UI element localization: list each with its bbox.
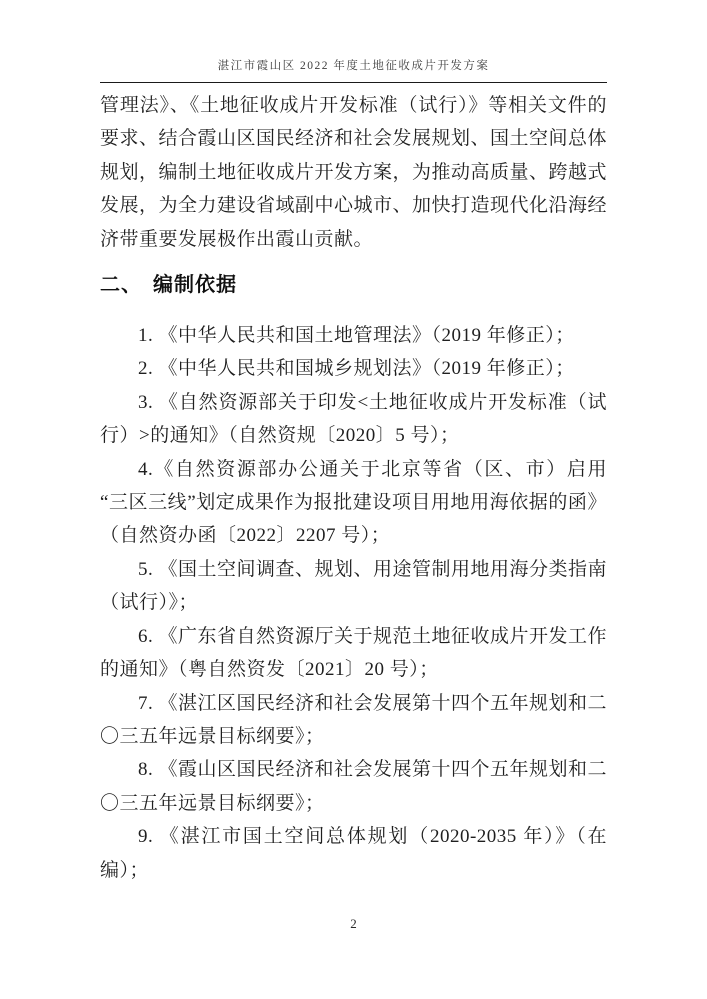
list-item-9: 9. 《湛江市国土空间总体规划（2020-2035 年）》（在编）； xyxy=(100,820,607,887)
document-content: 管理法》、《土地征收成片开发标准（试行）》等相关文件的要求、结合霞山区国民经济和… xyxy=(100,89,607,887)
list-item-6: 6. 《广东省自然资源厅关于规范土地征收成片开发工作的通知》（粤自然资发〔202… xyxy=(100,620,607,687)
list-item-2: 2. 《中华人民共和国城乡规划法》（2019 年修正）； xyxy=(100,352,607,385)
page-header: 湛江市霞山区 2022 年度土地征收成片开发方案 xyxy=(100,57,607,83)
list-item-1: 1. 《中华人民共和国土地管理法》（2019 年修正）； xyxy=(100,319,607,352)
list-item-5: 5. 《国土空间调查、规划、用途管制用地用海分类指南（试行）》； xyxy=(100,553,607,620)
page-number: 2 xyxy=(350,916,357,931)
page-footer: 2 xyxy=(0,916,707,932)
list-item-7: 7. 《湛江区国民经济和社会发展第十四个五年规划和二〇三五年远景目标纲要》； xyxy=(100,687,607,754)
document-page: 湛江市霞山区 2022 年度土地征收成片开发方案 管理法》、《土地征收成片开发标… xyxy=(0,0,707,999)
header-title: 湛江市霞山区 2022 年度土地征收成片开发方案 xyxy=(218,60,490,72)
list-item-3: 3. 《自然资源部关于印发<土地征收成片开发标准（试行）>的通知》（自然资规〔2… xyxy=(100,386,607,453)
intro-paragraph: 管理法》、《土地征收成片开发标准（试行）》等相关文件的要求、结合霞山区国民经济和… xyxy=(100,89,607,256)
section-heading: 二、 编制依据 xyxy=(100,269,607,302)
list-item-8: 8. 《霞山区国民经济和社会发展第十四个五年规划和二〇三五年远景目标纲要》； xyxy=(100,753,607,820)
list-item-4: 4.《自然资源部办公通关于北京等省（区、市）启用“三区三线”划定成果作为报批建设… xyxy=(100,453,607,553)
